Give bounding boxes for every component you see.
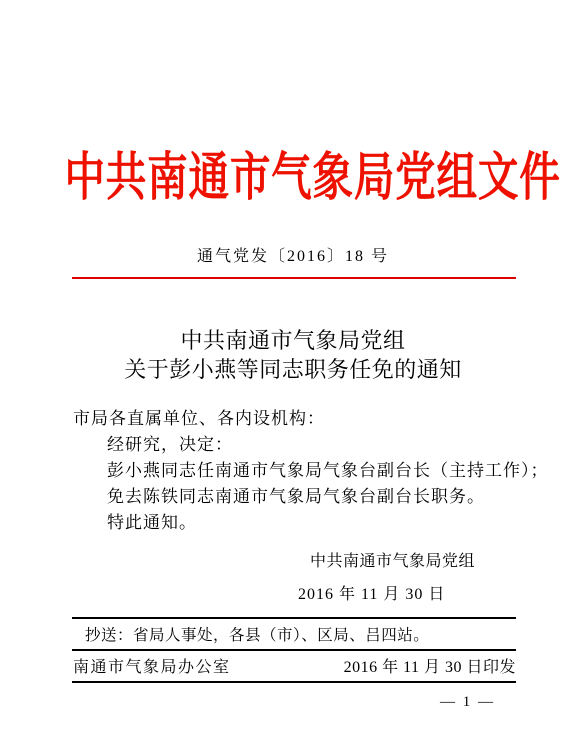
document-title-line1: 中共南通市气象局党组 xyxy=(0,327,586,356)
document-body: 市局各直属单位、各内设机构： 经研究，决定： 彭小燕同志任南通市气象局气象台副台… xyxy=(73,406,518,536)
salutation: 市局各直属单位、各内设机构： xyxy=(73,406,518,432)
document-title: 中共南通市气象局党组 关于彭小燕等同志职务任免的通知 xyxy=(0,327,586,385)
footer-issuing-office: 南通市气象局办公室 xyxy=(73,658,231,678)
body-paragraph: 特此通知。 xyxy=(73,510,518,536)
document-title-line2: 关于彭小燕等同志职务任免的通知 xyxy=(0,356,586,385)
red-separator-rule xyxy=(72,277,516,279)
body-paragraph: 经研究，决定： xyxy=(73,432,518,458)
document-number: 通气党发〔2016〕18 号 xyxy=(0,247,586,267)
signature-date: 2016 年 11 月 30 日 xyxy=(298,585,445,605)
cc-top-rule xyxy=(72,617,516,619)
body-paragraph: 彭小燕同志任南通市气象局气象台副台长（主持工作）； xyxy=(73,458,518,484)
footer-print-date: 2016 年 11 月 30 日印发 xyxy=(344,658,516,678)
masthead-title: 中共南通市气象局党组文件 xyxy=(64,150,521,206)
page-number: — 1 — xyxy=(440,693,495,711)
cc-bottom-rule xyxy=(72,649,516,651)
body-paragraph: 免去陈铁同志南通市气象局气象台副台长职务。 xyxy=(73,484,518,510)
official-document-page: 中共南通市气象局党组文件 通气党发〔2016〕18 号 中共南通市气象局党组 关… xyxy=(0,0,586,752)
footer-bottom-rule xyxy=(72,681,516,683)
issuing-authority-signature: 中共南通市气象局党组 xyxy=(310,551,475,572)
cc-distribution-line: 抄送：省局人事处，各县（市）、区局、吕四站。 xyxy=(85,626,429,646)
footer-row: 南通市气象局办公室 2016 年 11 月 30 日印发 xyxy=(73,658,516,678)
